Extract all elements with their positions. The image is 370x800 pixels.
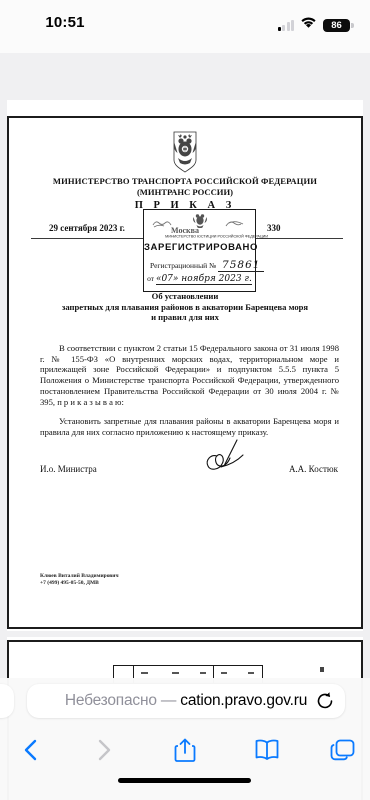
stamp-reg-number-handwritten: 75861 [218,259,264,272]
reload-icon[interactable] [315,691,335,711]
stamp-authority: МИНИСТЕРСТВО ЮСТИЦИИ РОССИЙСКОЙ ФЕДЕРАЦИ… [165,235,234,239]
executor-phone: +7 (499) 495-05-50, ДМВ [40,580,119,587]
body-paragraph-2: Установить запретные для плавания районы… [40,416,339,437]
signer-name: А.А. Костюк [289,464,338,474]
stamp-registered-label: ЗАРЕГИСТРИРОВАНО [144,242,255,253]
home-indicator[interactable] [118,778,251,783]
executor-contact: Клюев Виталий Владимирович +7 (499) 495-… [40,573,119,587]
share-button[interactable] [163,730,207,770]
adjacent-tab-peek[interactable] [0,684,14,718]
page2-text-mark [320,667,324,672]
url-domain: cation.pravo.gov.ru [180,692,307,709]
order-heading: П Р И К А З [7,200,363,211]
order-subject: Об установлении запретных для плавания р… [27,291,343,323]
signer-title: И.о. Министра [40,464,97,474]
address-bar[interactable]: Небезопасно — cation.pravo.gov.ru [27,684,345,718]
bookmarks-button[interactable] [245,730,289,770]
status-icons: 86 [278,16,351,34]
status-bar: 10:51 86 [0,0,370,53]
executor-name: Клюев Виталий Владимирович [40,573,119,580]
ministry-short-name: (МИНТРАНС РОССИИ) [7,187,363,197]
safari-bottom-bar: Небезопасно — cation.pravo.gov.ru [0,678,370,800]
order-place: Москва [7,226,363,235]
browser-toolbar [0,730,370,774]
stamp-reg-label: Регистрационный № [150,261,216,270]
back-button[interactable] [8,730,52,770]
justice-ministry-registration-stamp: МИНИСТЕРСТВО ЮСТИЦИИ РОССИЙСКОЙ ФЕДЕРАЦИ… [143,209,256,292]
russia-coat-of-arms-icon [170,131,200,178]
document-page-1: МИНИСТЕРСТВО ТРАНСПОРТА РОССИЙСКОЙ ФЕДЕР… [7,100,363,631]
clock: 10:51 [40,14,90,31]
tabs-button[interactable] [320,730,364,770]
stamp-reg-date-handwritten: «07» ноября 2023 г. [156,274,252,285]
body-paragraph-1: В соответствии с пунктом 2 статьи 15 Фед… [40,343,339,407]
minister-signature [203,438,255,477]
wifi-icon [300,16,317,34]
stamp-registration-number-row: Регистрационный № 75861 [150,259,264,271]
ministry-name: МИНИСТЕРСТВО ТРАНСПОРТА РОССИЙСКОЙ ФЕДЕР… [7,176,363,186]
stamp-registration-date-row: от «07» ноября 2023 г. [144,274,255,284]
battery-icon: 86 [323,19,350,32]
security-warning-label: Небезопасно — [65,692,180,709]
cellular-signal-icon [278,20,295,31]
forward-button[interactable] [83,730,127,770]
address-text: Небезопасно — cation.pravo.gov.ru [65,692,307,710]
stamp-date-prefix: от [147,274,154,283]
